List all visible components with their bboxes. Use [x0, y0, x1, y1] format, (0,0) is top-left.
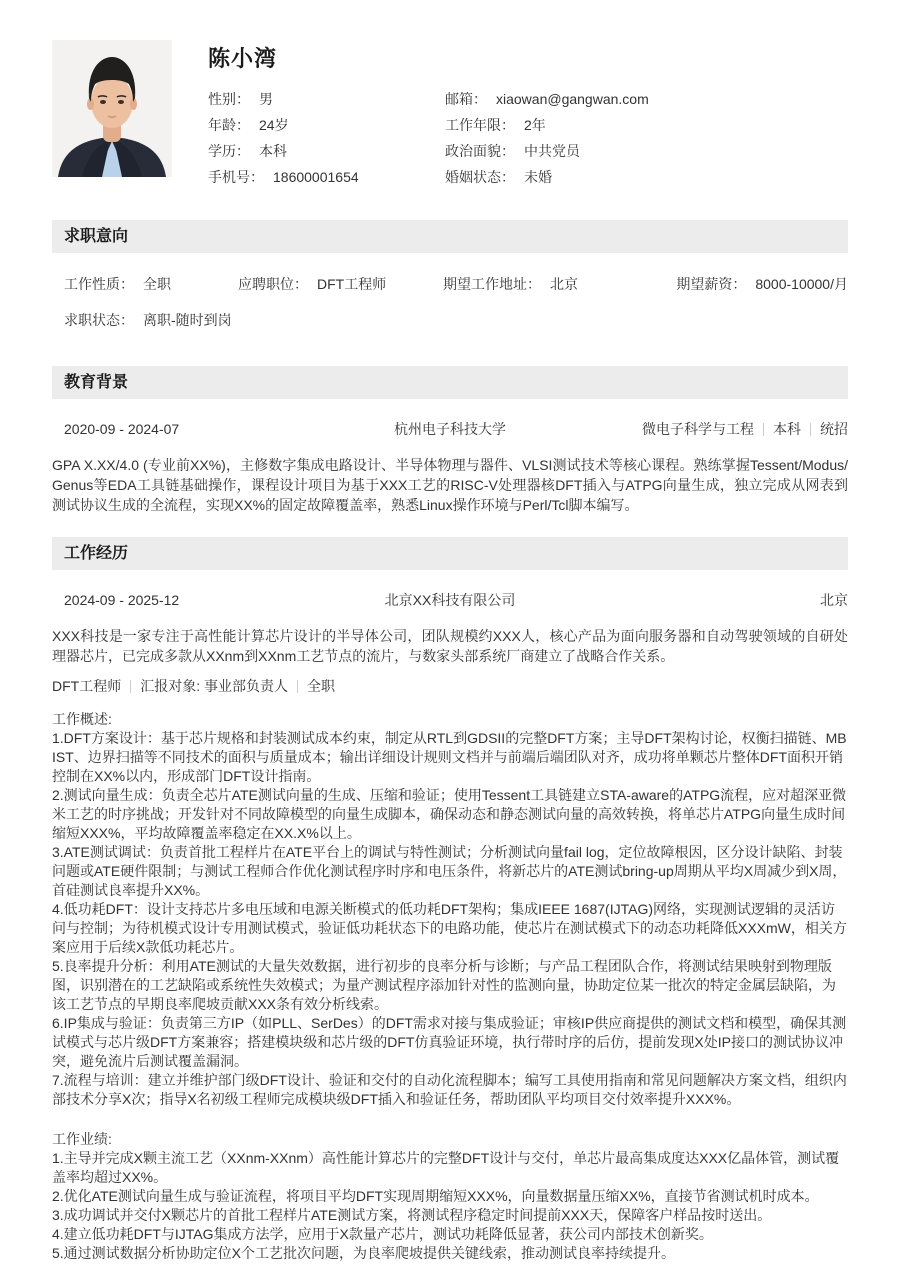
field-label: 年龄： — [208, 117, 250, 133]
overview-item: 5.良率提升分析：利用ATE测试的大量失效数据，进行初步的良率分析与诊断；与产品… — [52, 957, 848, 1014]
field-education: 学历：本科 — [208, 138, 445, 164]
intent-status: 求职状态：离职-随时到岗 — [52, 310, 848, 330]
field-political: 政治面貌：中共党员 — [445, 138, 848, 164]
position-row: DFT工程师 汇报对象: 事业部负责人 全职 — [52, 676, 848, 696]
field-label: 邮箱： — [445, 91, 487, 107]
field-value: 18600001654 — [273, 169, 359, 185]
section-header-intent: 求职意向 — [52, 220, 848, 253]
separator — [297, 680, 298, 693]
separator — [763, 423, 764, 436]
achievement-item: 5.通过测试数据分析协助定位X个工艺批次问题，为良率爬坡提供关键线索，推动测试良… — [52, 1244, 848, 1263]
resume-page: 陈小湾 性别：男 年龄：24岁 学历：本科 手机号：18600001654 — [0, 0, 900, 1263]
field-label: 政治面貌： — [445, 143, 515, 159]
education-meta-row: 2020-09 - 2024-07 杭州电子科技大学 微电子科学与工程 本科 统… — [52, 419, 848, 439]
field-value: 全职 — [143, 276, 171, 292]
field-label: 手机号： — [208, 169, 264, 185]
achievement-item: 4.建立低功耗DFT与IJTAG集成方法学，应用于X款量产芯片，测试功耗降低显著… — [52, 1225, 848, 1244]
field-value: xiaowan@gangwan.com — [496, 91, 649, 107]
overview-item: 4.低功耗DFT：设计支持芯片多电压域和电源关断模式的低功耗DFT架构；集成IE… — [52, 900, 848, 957]
field-value: 24岁 — [259, 117, 289, 133]
education-major: 微电子科学与工程 — [642, 419, 754, 439]
field-marital: 婚姻状态：未婚 — [445, 164, 848, 190]
field-value: DFT工程师 — [317, 276, 386, 292]
profile-info: 陈小湾 性别：男 年龄：24岁 学历：本科 手机号：18600001654 — [208, 40, 848, 190]
intent-position: 应聘职位：DFT工程师 — [238, 274, 443, 294]
achievements-title: 工作业绩: — [52, 1130, 848, 1149]
field-label: 求职状态： — [64, 312, 134, 328]
education-degree: 本科 — [773, 419, 801, 439]
education-description: GPA X.XX/4.0 (专业前XX%)，主修数字集成电路设计、半导体物理与器… — [52, 455, 848, 515]
field-value: 离职-随时到岗 — [143, 312, 232, 328]
field-label: 婚姻状态： — [445, 169, 515, 185]
field-value: 中共党员 — [524, 143, 580, 159]
info-grid: 性别：男 年龄：24岁 学历：本科 手机号：18600001654 邮箱：xia… — [208, 86, 848, 190]
field-value: 8000-10000/月 — [755, 276, 848, 292]
profile-header: 陈小湾 性别：男 年龄：24岁 学历：本科 手机号：18600001654 — [52, 40, 848, 190]
section-title: 教育背景 — [64, 374, 128, 391]
field-label: 期望薪资： — [676, 276, 746, 292]
company-intro: XXX科技是一家专注于高性能计算芯片设计的半导体公司，团队规模约XXX人，核心产… — [52, 626, 848, 666]
field-years: 工作年限：2年 — [445, 112, 848, 138]
field-email: 邮箱：xiaowan@gangwan.com — [445, 86, 848, 112]
intent-nature: 工作性质：全职 — [64, 274, 238, 294]
achievement-item: 2.优化ATE测试向量生成与验证流程，将项目平均DFT实现周期缩短XXX%，向量… — [52, 1187, 848, 1206]
job-type: 全职 — [307, 676, 335, 696]
info-column-left: 性别：男 年龄：24岁 学历：本科 手机号：18600001654 — [208, 86, 445, 190]
avatar-illustration — [52, 40, 172, 177]
achievement-item: 3.成功调试并交付X颗芯片的首批工程样片ATE测试方案，将测试程序稳定时间提前X… — [52, 1206, 848, 1225]
separator — [810, 423, 811, 436]
field-label: 工作年限： — [445, 117, 515, 133]
section-title: 工作经历 — [64, 545, 128, 562]
work-meta-row: 2024-09 - 2025-12 北京XX科技有限公司 北京 — [52, 590, 848, 610]
field-value: 未婚 — [524, 169, 552, 185]
report-to: 汇报对象: 事业部负责人 — [140, 676, 288, 696]
section-title: 求职意向 — [64, 228, 128, 245]
section-header-work: 工作经历 — [52, 537, 848, 570]
candidate-name: 陈小湾 — [208, 42, 848, 73]
education-enroll-type: 统招 — [820, 419, 848, 439]
field-age: 年龄：24岁 — [208, 112, 445, 138]
field-label: 性别： — [208, 91, 250, 107]
field-value: 北京 — [550, 276, 578, 292]
education-date: 2020-09 - 2024-07 — [64, 419, 312, 439]
intent-location: 期望工作地址：北京 — [443, 274, 656, 294]
field-gender: 性别：男 — [208, 86, 445, 112]
field-value: 2年 — [524, 117, 546, 133]
intent-row-1: 工作性质：全职 应聘职位：DFT工程师 期望工作地址：北京 期望薪资：8000-… — [52, 274, 848, 294]
position-title: DFT工程师 — [52, 676, 121, 696]
separator — [130, 680, 131, 693]
field-value: 男 — [259, 91, 273, 107]
overview-item: 7.流程与培训：建立并维护部门级DFT设计、验证和交付的自动化流程脚本；编写工具… — [52, 1071, 848, 1109]
section-header-education: 教育背景 — [52, 366, 848, 399]
field-label: 学历： — [208, 143, 250, 159]
work-date: 2024-09 - 2025-12 — [64, 590, 312, 610]
field-label: 应聘职位： — [238, 276, 308, 292]
education-school: 杭州电子科技大学 — [312, 419, 588, 439]
work-company: 北京XX科技有限公司 — [312, 590, 588, 610]
achievement-item: 1.主导并完成X颗主流工艺（XXnm-XXnm）高性能计算芯片的完整DFT设计与… — [52, 1149, 848, 1187]
field-phone: 手机号：18600001654 — [208, 164, 445, 190]
info-column-right: 邮箱：xiaowan@gangwan.com 工作年限：2年 政治面貌：中共党员… — [445, 86, 848, 190]
education-degree-group: 微电子科学与工程 本科 统招 — [588, 419, 848, 439]
profile-photo — [52, 40, 172, 177]
work-overview: 工作概述: 1.DFT方案设计：基于芯片规格和封装测试成本约束，制定从RTL到G… — [52, 710, 848, 1109]
overview-item: 3.ATE测试调试：负责首批工程样片在ATE平台上的调试与特性测试；分析测试向量… — [52, 843, 848, 900]
overview-item: 1.DFT方案设计：基于芯片规格和封装测试成本约束，制定从RTL到GDSII的完… — [52, 729, 848, 786]
overview-item: 2.测试向量生成：负责全芯片ATE测试向量的生成、压缩和验证；使用Tessent… — [52, 786, 848, 843]
field-label: 工作性质： — [64, 276, 134, 292]
work-achievements: 工作业绩: 1.主导并完成X颗主流工艺（XXnm-XXnm）高性能计算芯片的完整… — [52, 1130, 848, 1263]
field-label: 期望工作地址： — [443, 276, 541, 292]
work-location: 北京 — [588, 590, 848, 610]
overview-title: 工作概述: — [52, 710, 848, 729]
field-value: 本科 — [259, 143, 287, 159]
overview-item: 6.IP集成与验证：负责第三方IP（如PLL、SerDes）的DFT需求对接与集… — [52, 1014, 848, 1071]
intent-salary: 期望薪资：8000-10000/月 — [656, 274, 848, 294]
